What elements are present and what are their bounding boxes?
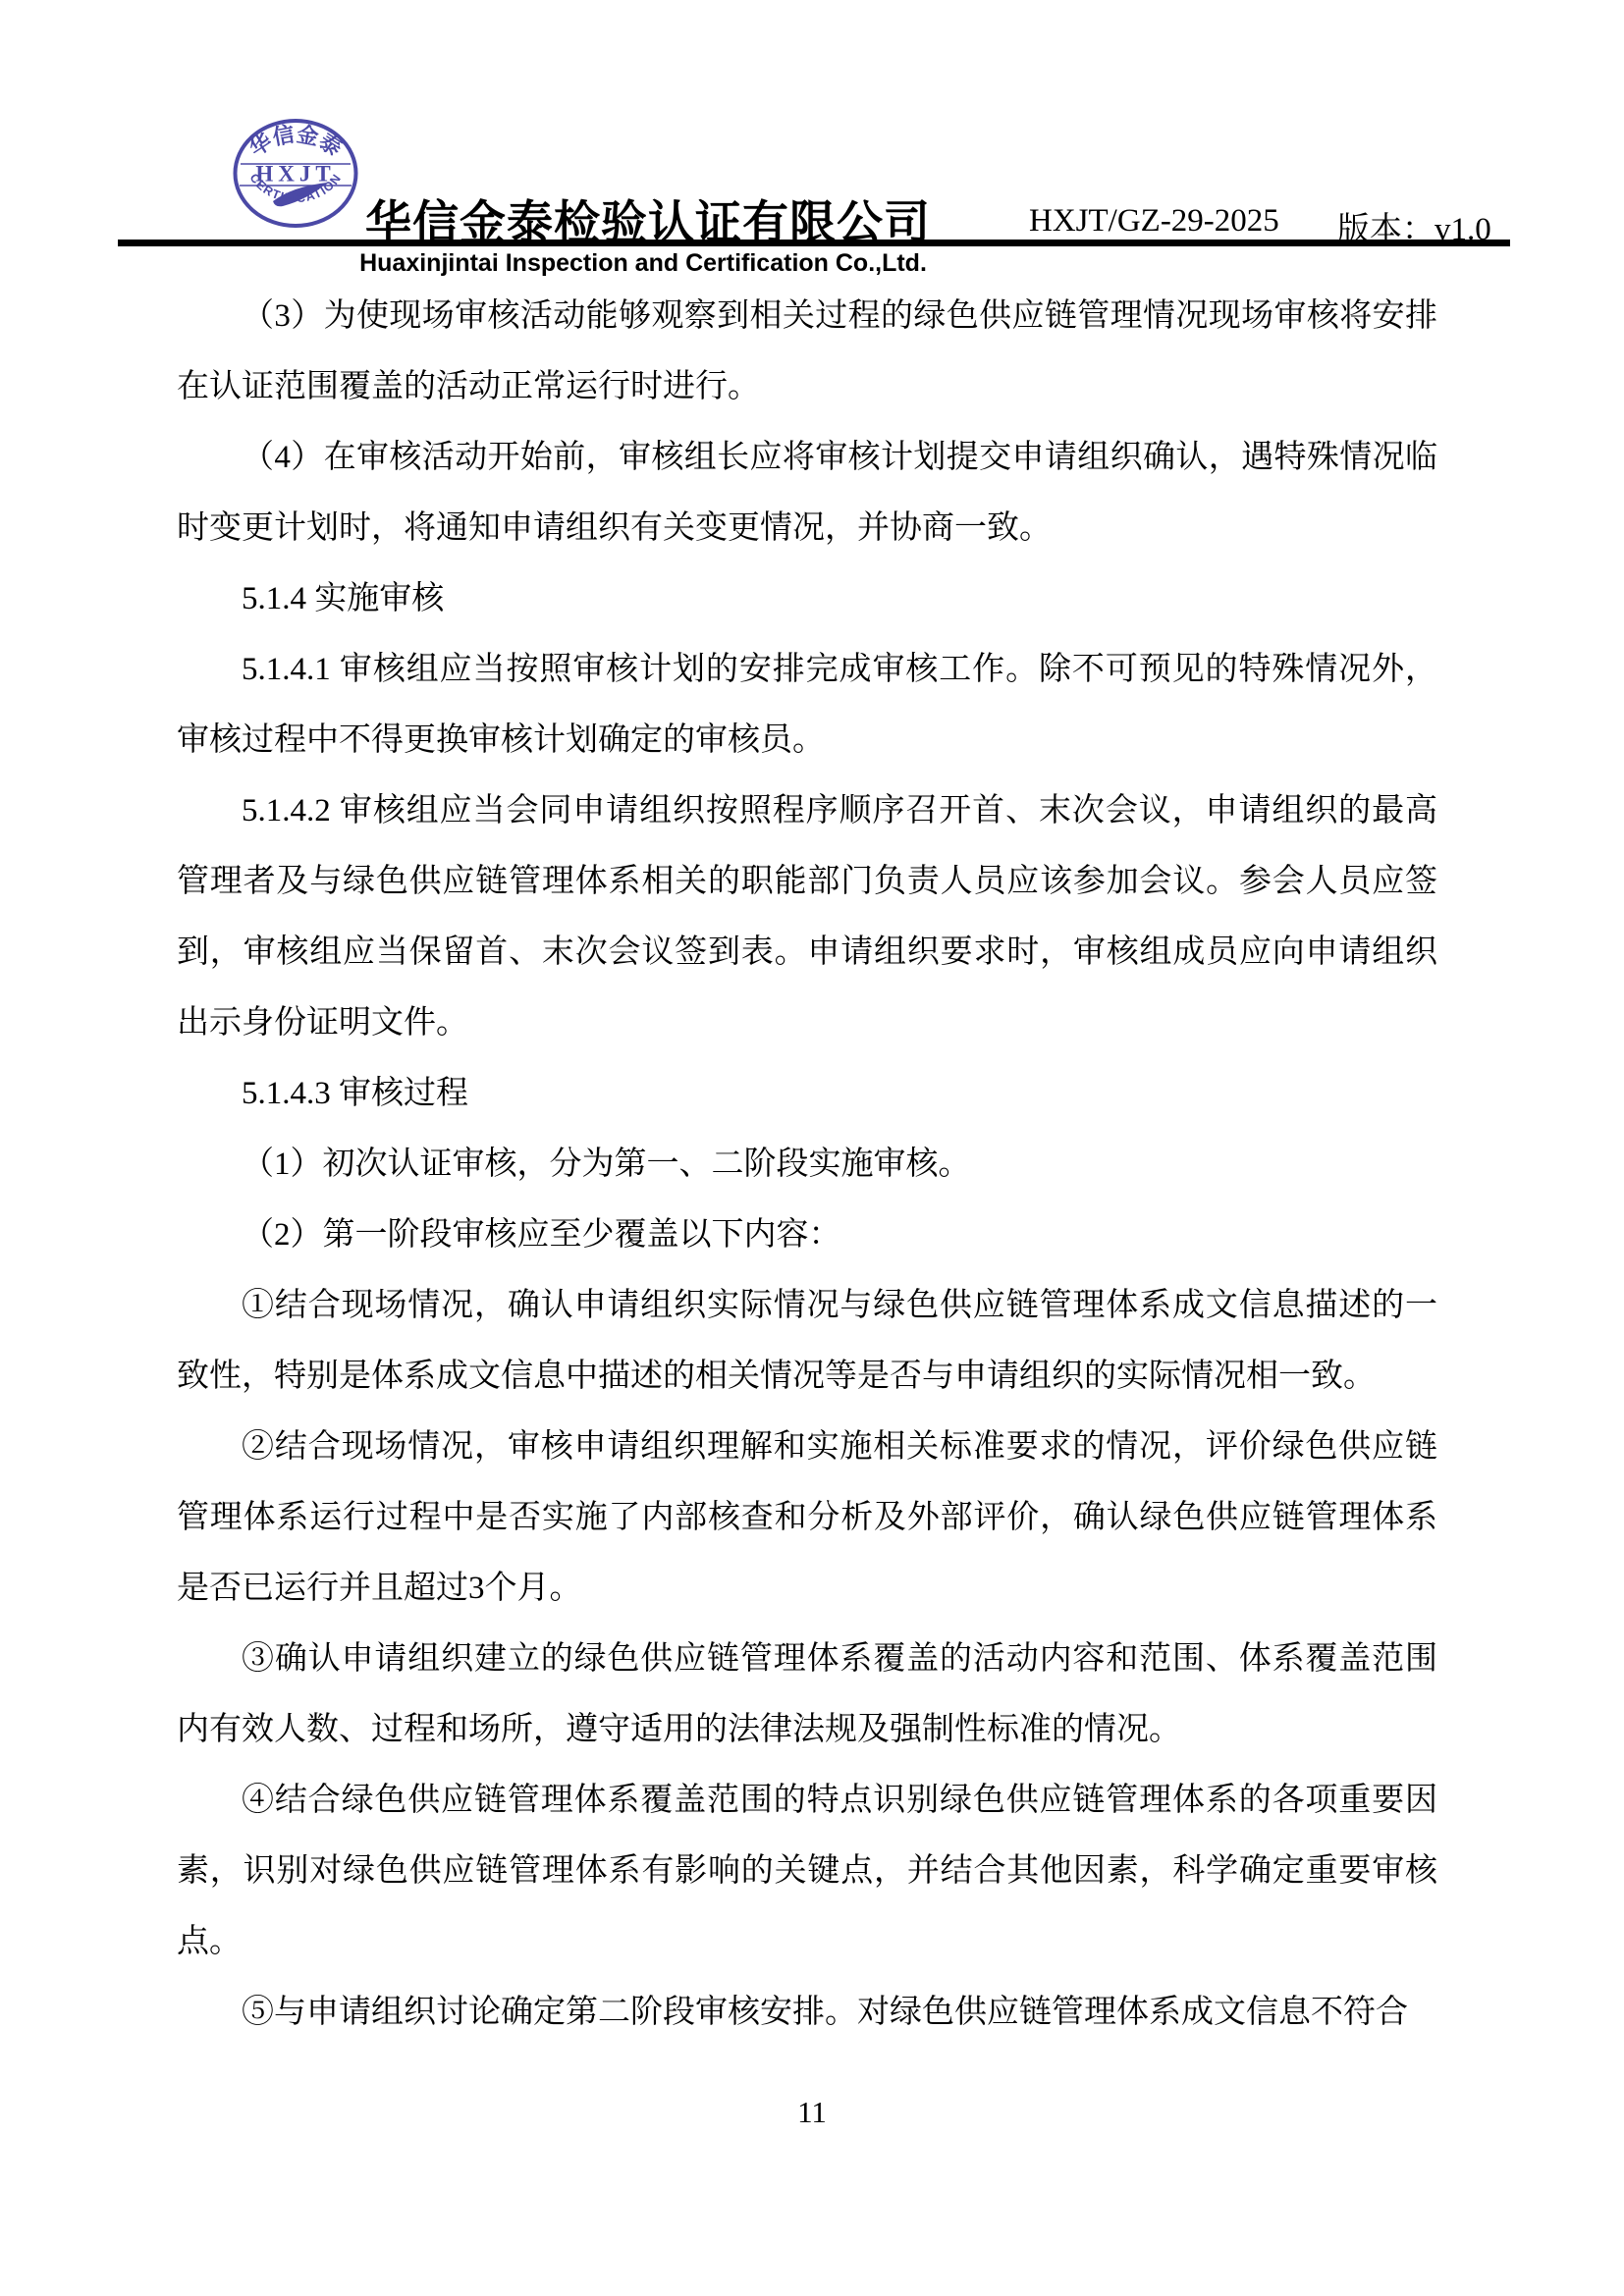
logo-top-text: 华信金泰 — [244, 122, 346, 161]
paragraph: ②结合现场情况，审核申请组织理解和实施相关标准要求的情况，评价绿色供应链管理体系… — [177, 1412, 1437, 1624]
svg-text:华信金泰: 华信金泰 — [244, 122, 346, 161]
paragraph: ①结合现场情况，确认申请组织实际情况与绿色供应链管理体系成文信息描述的一致性，特… — [177, 1270, 1437, 1412]
paragraph: （2）第一阶段审核应至少覆盖以下内容： — [177, 1200, 1437, 1270]
paragraph: ③确认申请组织建立的绿色供应链管理体系覆盖的活动内容和范围、体系覆盖范围内有效人… — [177, 1624, 1437, 1765]
paragraph: ⑤与申请组织讨论确定第二阶段审核安排。对绿色供应链管理体系成文信息不符合 — [177, 1977, 1437, 2048]
paragraph: 5.1.4.2 审核组应当会同申请组织按照程序顺序召开首、末次会议，申请组织的最… — [177, 775, 1437, 1058]
document-page: 华信金泰 HXJT CERTIFICATION 华信金泰检验认证有限公司 HXJ… — [0, 0, 1624, 2296]
header-divider — [118, 240, 1510, 246]
company-name-en: Huaxinjintai Inspection and Certificatio… — [334, 249, 952, 278]
company-logo: 华信金泰 HXJT CERTIFICATION — [232, 118, 359, 229]
paragraph: ④结合绿色供应链管理体系覆盖范围的特点识别绿色供应链管理体系的各项重要因素，识别… — [177, 1765, 1437, 1977]
paragraph: 5.1.4.3 审核过程 — [177, 1058, 1437, 1129]
paragraph: （3）为使现场审核活动能够观察到相关过程的绿色供应链管理情况现场审核将安排在认证… — [177, 281, 1437, 422]
document-body: （3）为使现场审核活动能够观察到相关过程的绿色供应链管理情况现场审核将安排在认证… — [177, 281, 1437, 2048]
doc-number: HXJT/GZ-29-2025 — [1029, 203, 1279, 240]
paragraph: （1）初次认证审核，分为第一、二阶段实施审核。 — [177, 1129, 1437, 1200]
page-number: 11 — [0, 2095, 1624, 2130]
paragraph: 5.1.4.1 审核组应当按照审核计划的安排完成审核工作。除不可预见的特殊情况外… — [177, 634, 1437, 775]
paragraph: （4）在审核活动开始前，审核组长应将审核计划提交申请组织确认，遇特殊情况临时变更… — [177, 422, 1437, 563]
paragraph: 5.1.4 实施审核 — [177, 563, 1437, 634]
